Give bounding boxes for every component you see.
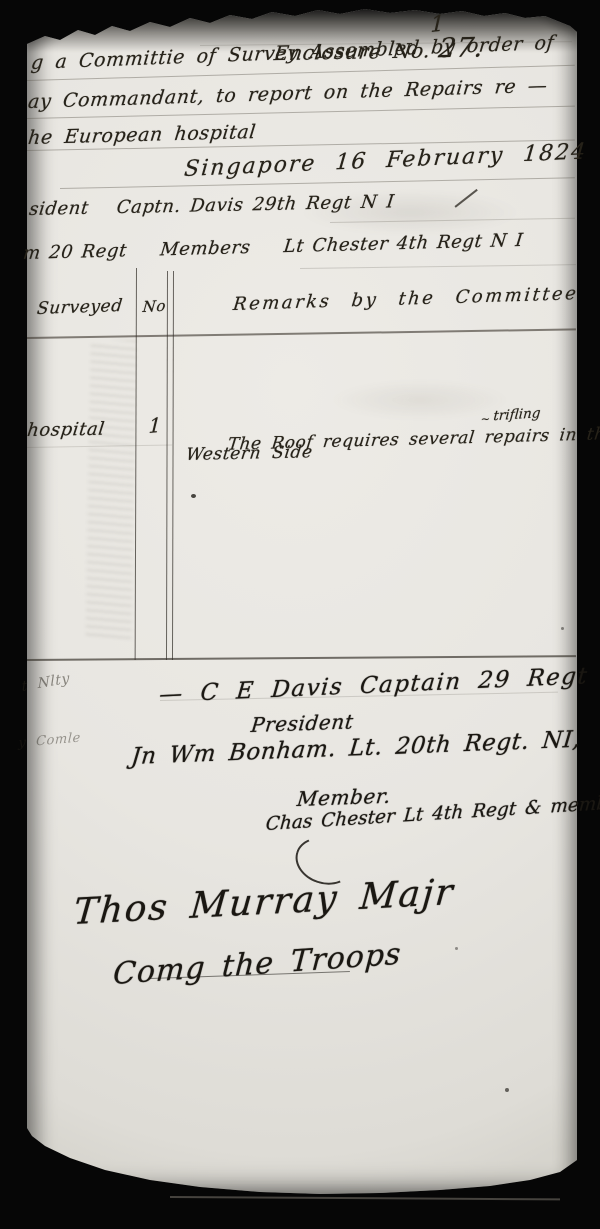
ink-speck	[561, 627, 564, 630]
corner-page-mark: 1	[430, 12, 445, 38]
remark-after: repairs in the	[484, 424, 600, 448]
table-row-remark-line1: The Roof requires several ~triflingrepai…	[185, 406, 600, 474]
ink-speck	[191, 494, 196, 498]
ink-speck	[455, 947, 458, 950]
table-header-no: No	[142, 298, 167, 316]
ink-speck	[505, 1088, 509, 1092]
paper-shading	[27, 6, 578, 1196]
underlying-sheet-edge	[170, 1196, 560, 1200]
inserted-word: trifling	[493, 406, 541, 424]
signature-davis-title: President	[250, 710, 355, 736]
scanned-document-view: Enclosure No.27. 1 g a Committie of Surv…	[0, 0, 600, 1229]
caret-mark: ~	[480, 413, 491, 425]
manuscript-page	[27, 6, 578, 1196]
table-header-surveyed: Surveyed	[36, 297, 124, 319]
table-row-remark-line2: Western Side	[185, 443, 314, 464]
table-row-surveyed-cell: hospital	[26, 420, 106, 441]
table-row-no-cell: 1	[148, 414, 162, 437]
